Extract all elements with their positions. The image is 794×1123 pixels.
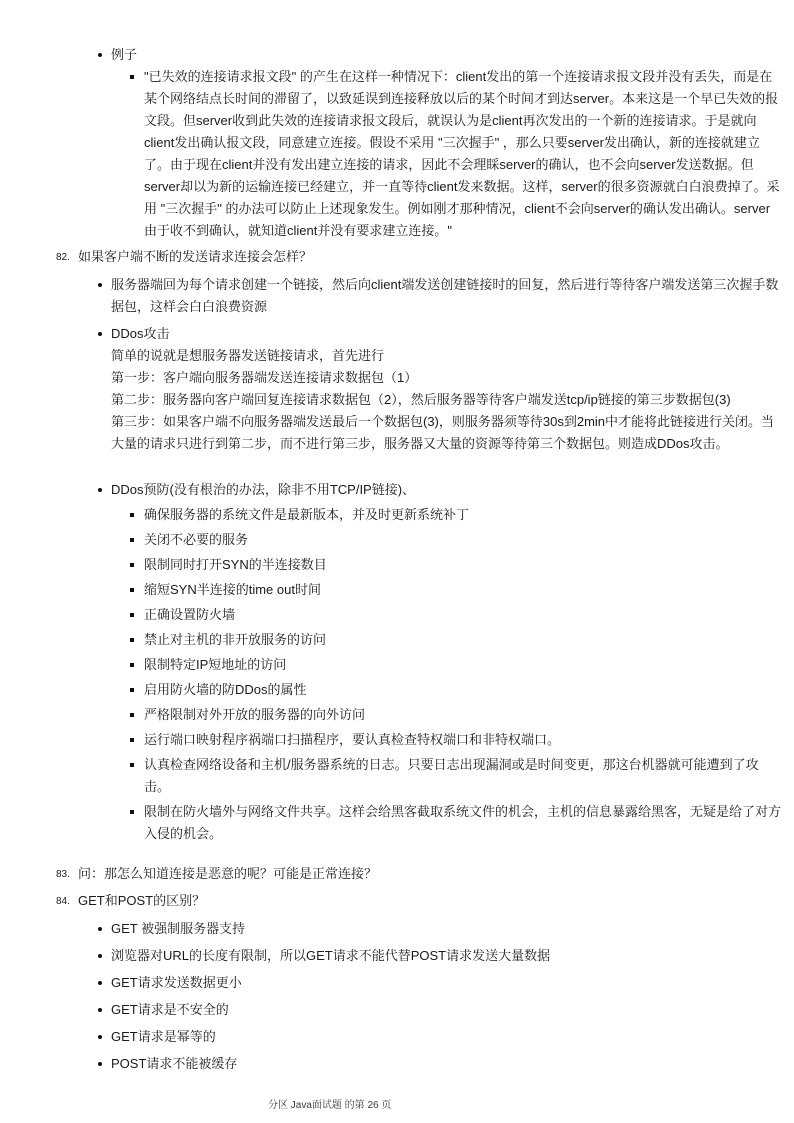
list-item: 服务器端回为每个请求创建一个链接，然后向client端发送创建链接时的回复，然后… <box>0 274 781 318</box>
bullet-dot-icon <box>97 1026 111 1048</box>
bullet-square-icon <box>129 704 144 726</box>
question-number: 83. <box>56 863 78 886</box>
list-item: 禁止对主机的非开放服务的访问 <box>0 629 781 651</box>
prevention-item: 限制同时打开SYN的半连接数目 <box>144 554 781 576</box>
bullet-square-icon <box>129 529 144 551</box>
list-item: 限制特定IP短地址的访问 <box>0 654 781 676</box>
list-item: 限制同时打开SYN的半连接数目 <box>0 554 781 576</box>
bullet-square-icon <box>129 629 144 651</box>
list-item: 启用防火墙的防DDos的属性 <box>0 679 781 701</box>
list-item: 缩短SYN半连接的time out时间 <box>0 579 781 601</box>
bullet-dot-icon <box>97 44 111 66</box>
bullet-dot-icon <box>97 972 111 994</box>
bullet-square-icon <box>129 579 144 601</box>
bullet-square-icon <box>129 801 144 823</box>
question-row-84: 84. GET和POST的区别？ <box>0 890 781 913</box>
list-item: POST请求不能被缓存 <box>0 1053 781 1075</box>
prevention-item: 限制特定IP短地址的访问 <box>144 654 781 676</box>
ddos-title: DDos攻击 <box>111 323 781 345</box>
bullet-square-icon <box>129 604 144 626</box>
intro-label: 例子 <box>111 44 781 66</box>
list-item: 运行端口映射程序祸端口扫描程序，要认真检查特权端口和非特权端口。 <box>0 729 781 751</box>
prevention-item: 禁止对主机的非开放服务的访问 <box>144 629 781 651</box>
list-item: "已失效的连接请求报文段" 的产生在这样一种情况下：client发出的第一个连接… <box>0 66 781 242</box>
bullet-square-icon <box>129 729 144 751</box>
bullet-square-icon <box>129 66 144 88</box>
list-item: DDos预防(没有根治的办法，除非不用TCP/IP链接)、 <box>0 479 781 501</box>
bullet-square-icon <box>129 679 144 701</box>
question-text: GET和POST的区别？ <box>78 890 781 912</box>
get-post-item: 浏览器对URL的长度有限制，所以GET请求不能代替POST请求发送大量数据 <box>111 945 781 967</box>
list-item: GET请求是不安全的 <box>0 999 781 1021</box>
get-post-item: GET请求是不安全的 <box>111 999 781 1021</box>
list-item: 认真检查网络设备和主机/服务器系统的日志。只要日志出现漏洞或是时间变更，那这台机… <box>0 754 781 798</box>
bullet-dot-icon <box>97 1053 111 1075</box>
list-item: DDos攻击 <box>0 323 781 345</box>
prevention-item: 正确设置防火墙 <box>144 604 781 626</box>
document-content: 例子 "已失效的连接请求报文段" 的产生在这样一种情况下：client发出的第一… <box>0 0 794 1075</box>
list-item: 例子 <box>0 44 781 66</box>
ddos-line: 第一步：客户端向服务器端发送连接请求数据包（1） <box>0 367 781 389</box>
prevention-title: DDos预防(没有根治的办法，除非不用TCP/IP链接)、 <box>111 479 781 501</box>
prevention-item: 运行端口映射程序祸端口扫描程序，要认真检查特权端口和非特权端口。 <box>144 729 781 751</box>
list-item: 关闭不必要的服务 <box>0 529 781 551</box>
bullet-dot-icon <box>97 323 111 345</box>
list-item: 限制在防火墙外与网络文件共享。这样会给黑客截取系统文件的机会，主机的信息暴露给黑… <box>0 801 781 845</box>
bullet-dot-icon <box>97 999 111 1021</box>
prevention-item: 限制在防火墙外与网络文件共享。这样会给黑客截取系统文件的机会，主机的信息暴露给黑… <box>144 801 781 845</box>
prevention-item: 缩短SYN半连接的time out时间 <box>144 579 781 601</box>
question-number: 84. <box>56 890 78 913</box>
ddos-line: 第三步：如果客户端不向服务器端发送最后一个数据包(3)，则服务器须等待30s到2… <box>0 411 781 455</box>
bullet-square-icon <box>129 554 144 576</box>
get-post-item: GET请求是幂等的 <box>111 1026 781 1048</box>
bullet-dot-icon <box>97 918 111 940</box>
list-item: 浏览器对URL的长度有限制，所以GET请求不能代替POST请求发送大量数据 <box>0 945 781 967</box>
bullet-dot-icon <box>97 274 111 296</box>
get-post-item: POST请求不能被缓存 <box>111 1053 781 1075</box>
bullet-square-icon <box>129 504 144 526</box>
question-text: 问：那怎么知道连接是恶意的呢？可能是正常连接？ <box>78 863 781 885</box>
prevention-item: 确保服务器的系统文件是最新版本，并及时更新系统补丁 <box>144 504 781 526</box>
question-text: 如果客户端不断的发送请求连接会怎样？ <box>78 246 781 268</box>
list-item: GET请求是幂等的 <box>0 1026 781 1048</box>
get-post-item: GET请求发送数据更小 <box>111 972 781 994</box>
list-item: 正确设置防火墙 <box>0 604 781 626</box>
get-post-item: GET 被强制服务器支持 <box>111 918 781 940</box>
bullet-dot-icon <box>97 945 111 967</box>
page-footer: 分区 Java面试题 的第 26 页 <box>268 1099 391 1113</box>
question-number: 82. <box>56 246 78 269</box>
question-row-82: 82. 如果客户端不断的发送请求连接会怎样？ <box>0 246 781 269</box>
bullet-square-icon <box>129 754 144 776</box>
bullet-dot-icon <box>97 479 111 501</box>
prevention-item: 关闭不必要的服务 <box>144 529 781 551</box>
document-page: 例子 "已失效的连接请求报文段" 的产生在这样一种情况下：client发出的第一… <box>0 0 794 1123</box>
list-item: 确保服务器的系统文件是最新版本，并及时更新系统补丁 <box>0 504 781 526</box>
list-item: GET请求发送数据更小 <box>0 972 781 994</box>
ddos-line: 第二步：服务器向客户端回复连接请求数据包（2），然后服务器等待客户端发送tcp/… <box>0 389 781 411</box>
prevention-item: 严格限制对外开放的服务器的向外访问 <box>144 704 781 726</box>
question-row-83: 83. 问：那怎么知道连接是恶意的呢？可能是正常连接？ <box>0 863 781 886</box>
bullet-square-icon <box>129 654 144 676</box>
intro-paragraph: "已失效的连接请求报文段" 的产生在这样一种情况下：client发出的第一个连接… <box>144 66 781 242</box>
list-item: GET 被强制服务器支持 <box>0 918 781 940</box>
prevention-item: 启用防火墙的防DDos的属性 <box>144 679 781 701</box>
ddos-line: 简单的说就是想服务器发送链接请求，首先进行 <box>0 345 781 367</box>
answer-text: 服务器端回为每个请求创建一个链接，然后向client端发送创建链接时的回复，然后… <box>111 274 781 318</box>
list-item: 严格限制对外开放的服务器的向外访问 <box>0 704 781 726</box>
prevention-item: 认真检查网络设备和主机/服务器系统的日志。只要日志出现漏洞或是时间变更，那这台机… <box>144 754 781 798</box>
